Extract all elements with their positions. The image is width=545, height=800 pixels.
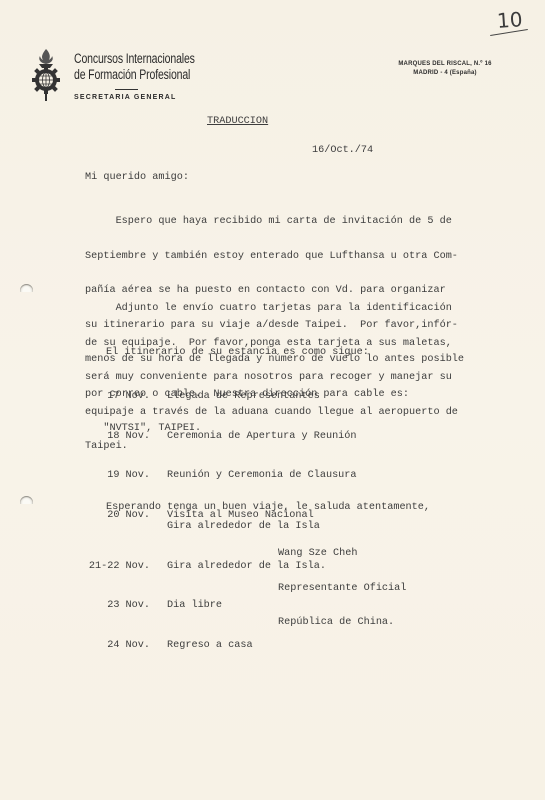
itinerary-date: 18 Nov. bbox=[60, 431, 150, 443]
itinerary-date: 19 Nov. bbox=[60, 470, 150, 482]
salutation: Mi querido amigo: bbox=[85, 172, 189, 184]
itinerary-date: 21-22 Nov. bbox=[60, 561, 150, 573]
itinerary-item: 19 Nov. Reunión y Ceremonia de Clausura bbox=[60, 470, 357, 482]
address-line2: MADRID - 4 (España) bbox=[385, 69, 505, 78]
letter-page: Concursos Internacionales de Formación P… bbox=[0, 0, 545, 800]
signature-block: Wang Sze Cheh Representante Oficial Repú… bbox=[278, 525, 406, 652]
itinerary-date: 23 Nov. bbox=[60, 600, 150, 612]
address-line1: MARQUES DEL RISCAL, N.º 16 bbox=[385, 60, 505, 69]
itinerary-date: 17 Nov. bbox=[60, 391, 150, 403]
itinerary-description: Llegada de Representantes bbox=[167, 391, 320, 403]
department-label: SECRETARIA GENERAL bbox=[74, 94, 177, 101]
paragraph-line: Adjunto le envío cuatro tarjetas para la… bbox=[85, 303, 458, 315]
punch-hole-top bbox=[20, 284, 33, 292]
letterhead-address: MARQUES DEL RISCAL, N.º 16 MADRID - 4 (E… bbox=[385, 60, 505, 78]
document-date: 16/Oct./74 bbox=[312, 145, 373, 157]
organization-name: Concursos Internacionales de Formación P… bbox=[74, 51, 195, 83]
paragraph-line: Espero que haya recibido mi carta de inv… bbox=[85, 216, 464, 228]
itinerary-intro: El itinerario de su estancia es como sig… bbox=[106, 347, 369, 359]
itinerary-description: Dia libre bbox=[167, 600, 222, 612]
signatory-country: República de China. bbox=[278, 617, 406, 629]
itinerary-description: Reunión y Ceremonia de Clausura bbox=[167, 470, 357, 482]
itinerary-description: Regreso a casa bbox=[167, 640, 253, 652]
itinerary-item: 18 Nov. Ceremonia de Apertura y Reunión bbox=[60, 431, 357, 443]
handwritten-page-number: 10 bbox=[496, 7, 523, 33]
document-title: TRADUCCION bbox=[207, 116, 268, 128]
organization-name-line1: Concursos Internacionales bbox=[74, 51, 195, 67]
punch-hole-bottom bbox=[20, 496, 33, 504]
letterhead-divider bbox=[115, 89, 138, 90]
signatory-title: Representante Oficial bbox=[278, 583, 406, 595]
itinerary-description: Ceremonia de Apertura y Reunión bbox=[167, 431, 357, 443]
paragraph-line: Septiembre y también estoy enterado que … bbox=[85, 251, 464, 263]
organization-name-line2: de Formación Profesional bbox=[74, 67, 195, 83]
gear-globe-emblem-icon bbox=[32, 47, 60, 101]
signatory-name: Wang Sze Cheh bbox=[278, 548, 406, 560]
itinerary-item: 17 Nov. Llegada de Representantes bbox=[60, 391, 357, 403]
itinerary-date: 24 Nov. bbox=[60, 640, 150, 652]
closing-line: Esperando tenga un buen viaje, le saluda… bbox=[106, 502, 430, 514]
